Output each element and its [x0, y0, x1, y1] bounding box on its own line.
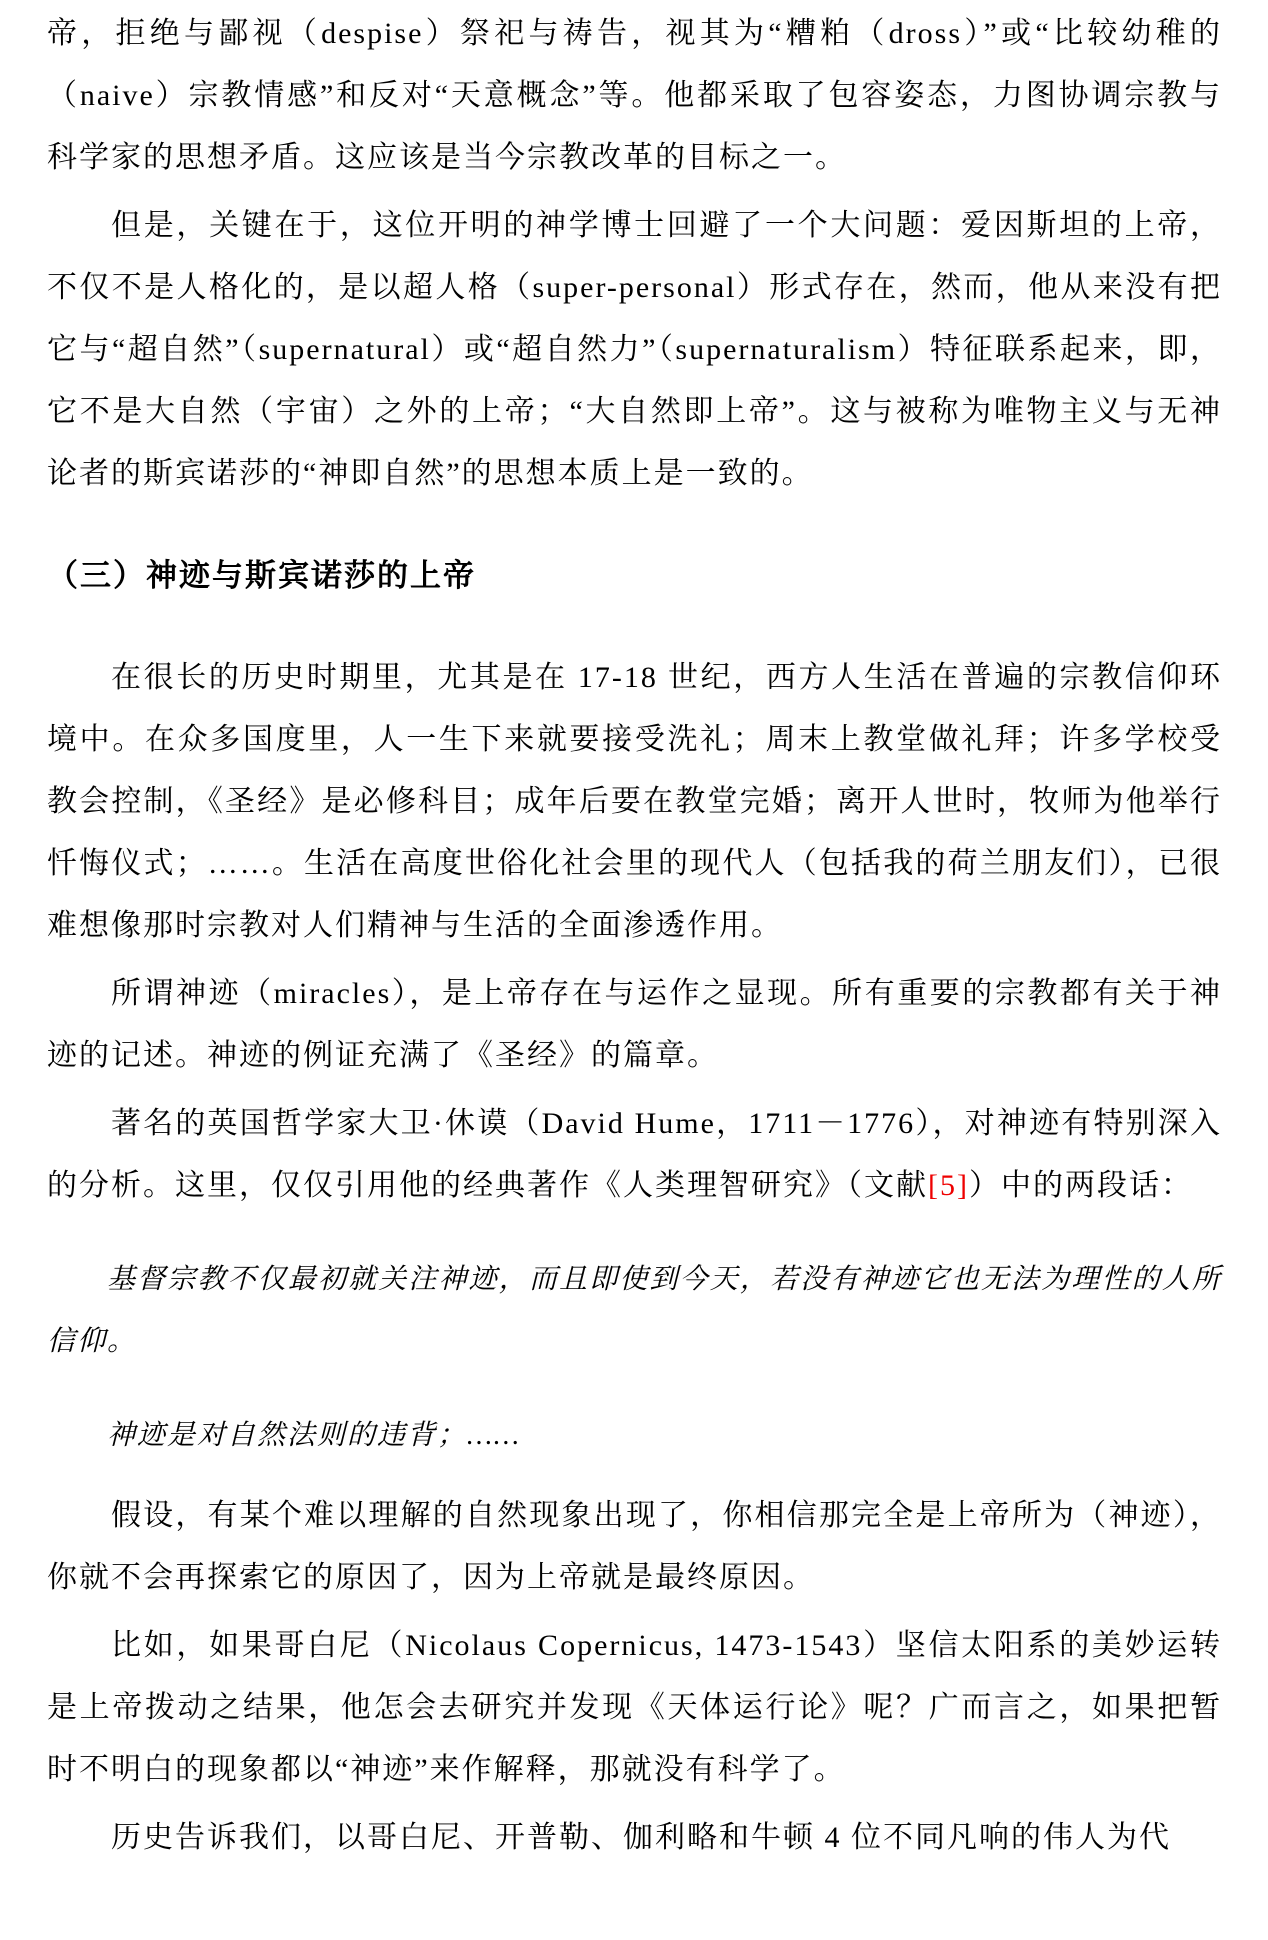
- paragraph-miracles-definition: 所谓神迹（miracles），是上帝存在与运作之显现。所有重要的宗教都有关于神迹…: [47, 963, 1222, 1087]
- hume-quote-2: 神迹是对自然法则的违背；……: [47, 1405, 1222, 1467]
- section-heading: （三）神迹与斯宾诺莎的上帝: [47, 545, 1222, 607]
- hume-text-after-ref: ）中的两段话：: [969, 1169, 1193, 1202]
- paragraph-hume: 著名的英国哲学家大卫·休谟（David Hume，1711－1776），对神迹有…: [47, 1093, 1222, 1217]
- document-page: 帝，拒绝与鄙视（despise）祭祀与祷告，视其为“糟粕（dross）”或“比较…: [0, 0, 1268, 1869]
- hume-reference-link[interactable]: [5]: [928, 1169, 969, 1202]
- paragraph-four-giants: 历史告诉我们，以哥白尼、开普勒、伽利略和牛顿 4 位不同凡响的伟人为代: [47, 1807, 1222, 1869]
- hume-quote-1: 基督宗教不仅最初就关注神迹，而且即使到今天，若没有神迹它也无法为理性的人所信仰。: [47, 1249, 1222, 1373]
- paragraph-religious-era: 在很长的历史时期里，尤其是在 17-18 世纪，西方人生活在普遍的宗教信仰环境中…: [47, 647, 1222, 957]
- paragraph-tolerance-continuation: 帝，拒绝与鄙视（despise）祭祀与祷告，视其为“糟粕（dross）”或“比较…: [47, 3, 1222, 189]
- paragraph-copernicus: 比如，如果哥白尼（Nicolaus Copernicus, 1473-1543）…: [47, 1615, 1222, 1801]
- paragraph-einstein-god: 但是，关键在于，这位开明的神学博士回避了一个大问题：爱因斯坦的上帝，不仅不是人格…: [47, 195, 1222, 505]
- paragraph-assumption: 假设，有某个难以理解的自然现象出现了，你相信那完全是上帝所为（神迹），你就不会再…: [47, 1485, 1222, 1609]
